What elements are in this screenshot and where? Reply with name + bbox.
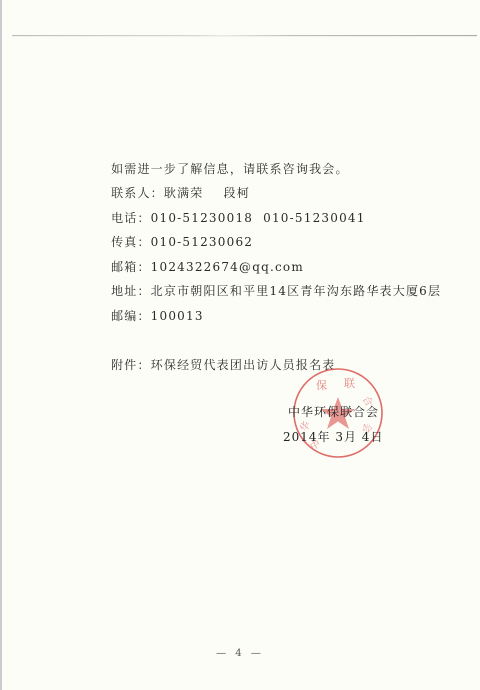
postcode-label: 邮编：: [111, 309, 151, 323]
page-number: — 4 —: [0, 648, 480, 659]
phone-label: 电话：: [111, 211, 151, 225]
svg-text:联: 联: [344, 377, 355, 390]
contacts-label: 联系人：: [111, 186, 164, 200]
attachment-label: 附件：: [111, 358, 151, 372]
fax-label: 传真：: [111, 235, 151, 249]
signing-date: 2014年 3月 4日: [283, 428, 383, 445]
email-value: 1024322674@qq.com: [151, 260, 304, 274]
postcode-value: 100013: [151, 309, 204, 323]
letter-body: 如需进一步了解信息，请联系咨询我会。 联系人：耿满荣 段柯 电话：010-512…: [91, 132, 441, 353]
attachment-line: 附件：环保经贸代表团出访人员报名表: [91, 328, 441, 353]
email-label: 邮箱：: [111, 260, 151, 274]
phone-value: 010-51230018 010-51230041: [151, 211, 366, 225]
header-rule: [12, 35, 477, 36]
contacts-names: 耿满荣 段柯: [164, 186, 250, 200]
fax-value: 010-51230062: [151, 235, 253, 249]
page-edge: [0, 0, 2, 690]
svg-text:保: 保: [316, 378, 327, 392]
address-value: 北京市朝阳区和平里14区青年沟东路华表大厦6层: [151, 284, 442, 298]
intro-line: 如需进一步了解信息，请联系咨询我会。: [91, 132, 441, 157]
address-label: 地址：: [111, 284, 151, 298]
signing-organization: 中华环保联合会: [288, 403, 379, 420]
intro-text: 如需进一步了解信息，请联系咨询我会。: [111, 162, 349, 176]
